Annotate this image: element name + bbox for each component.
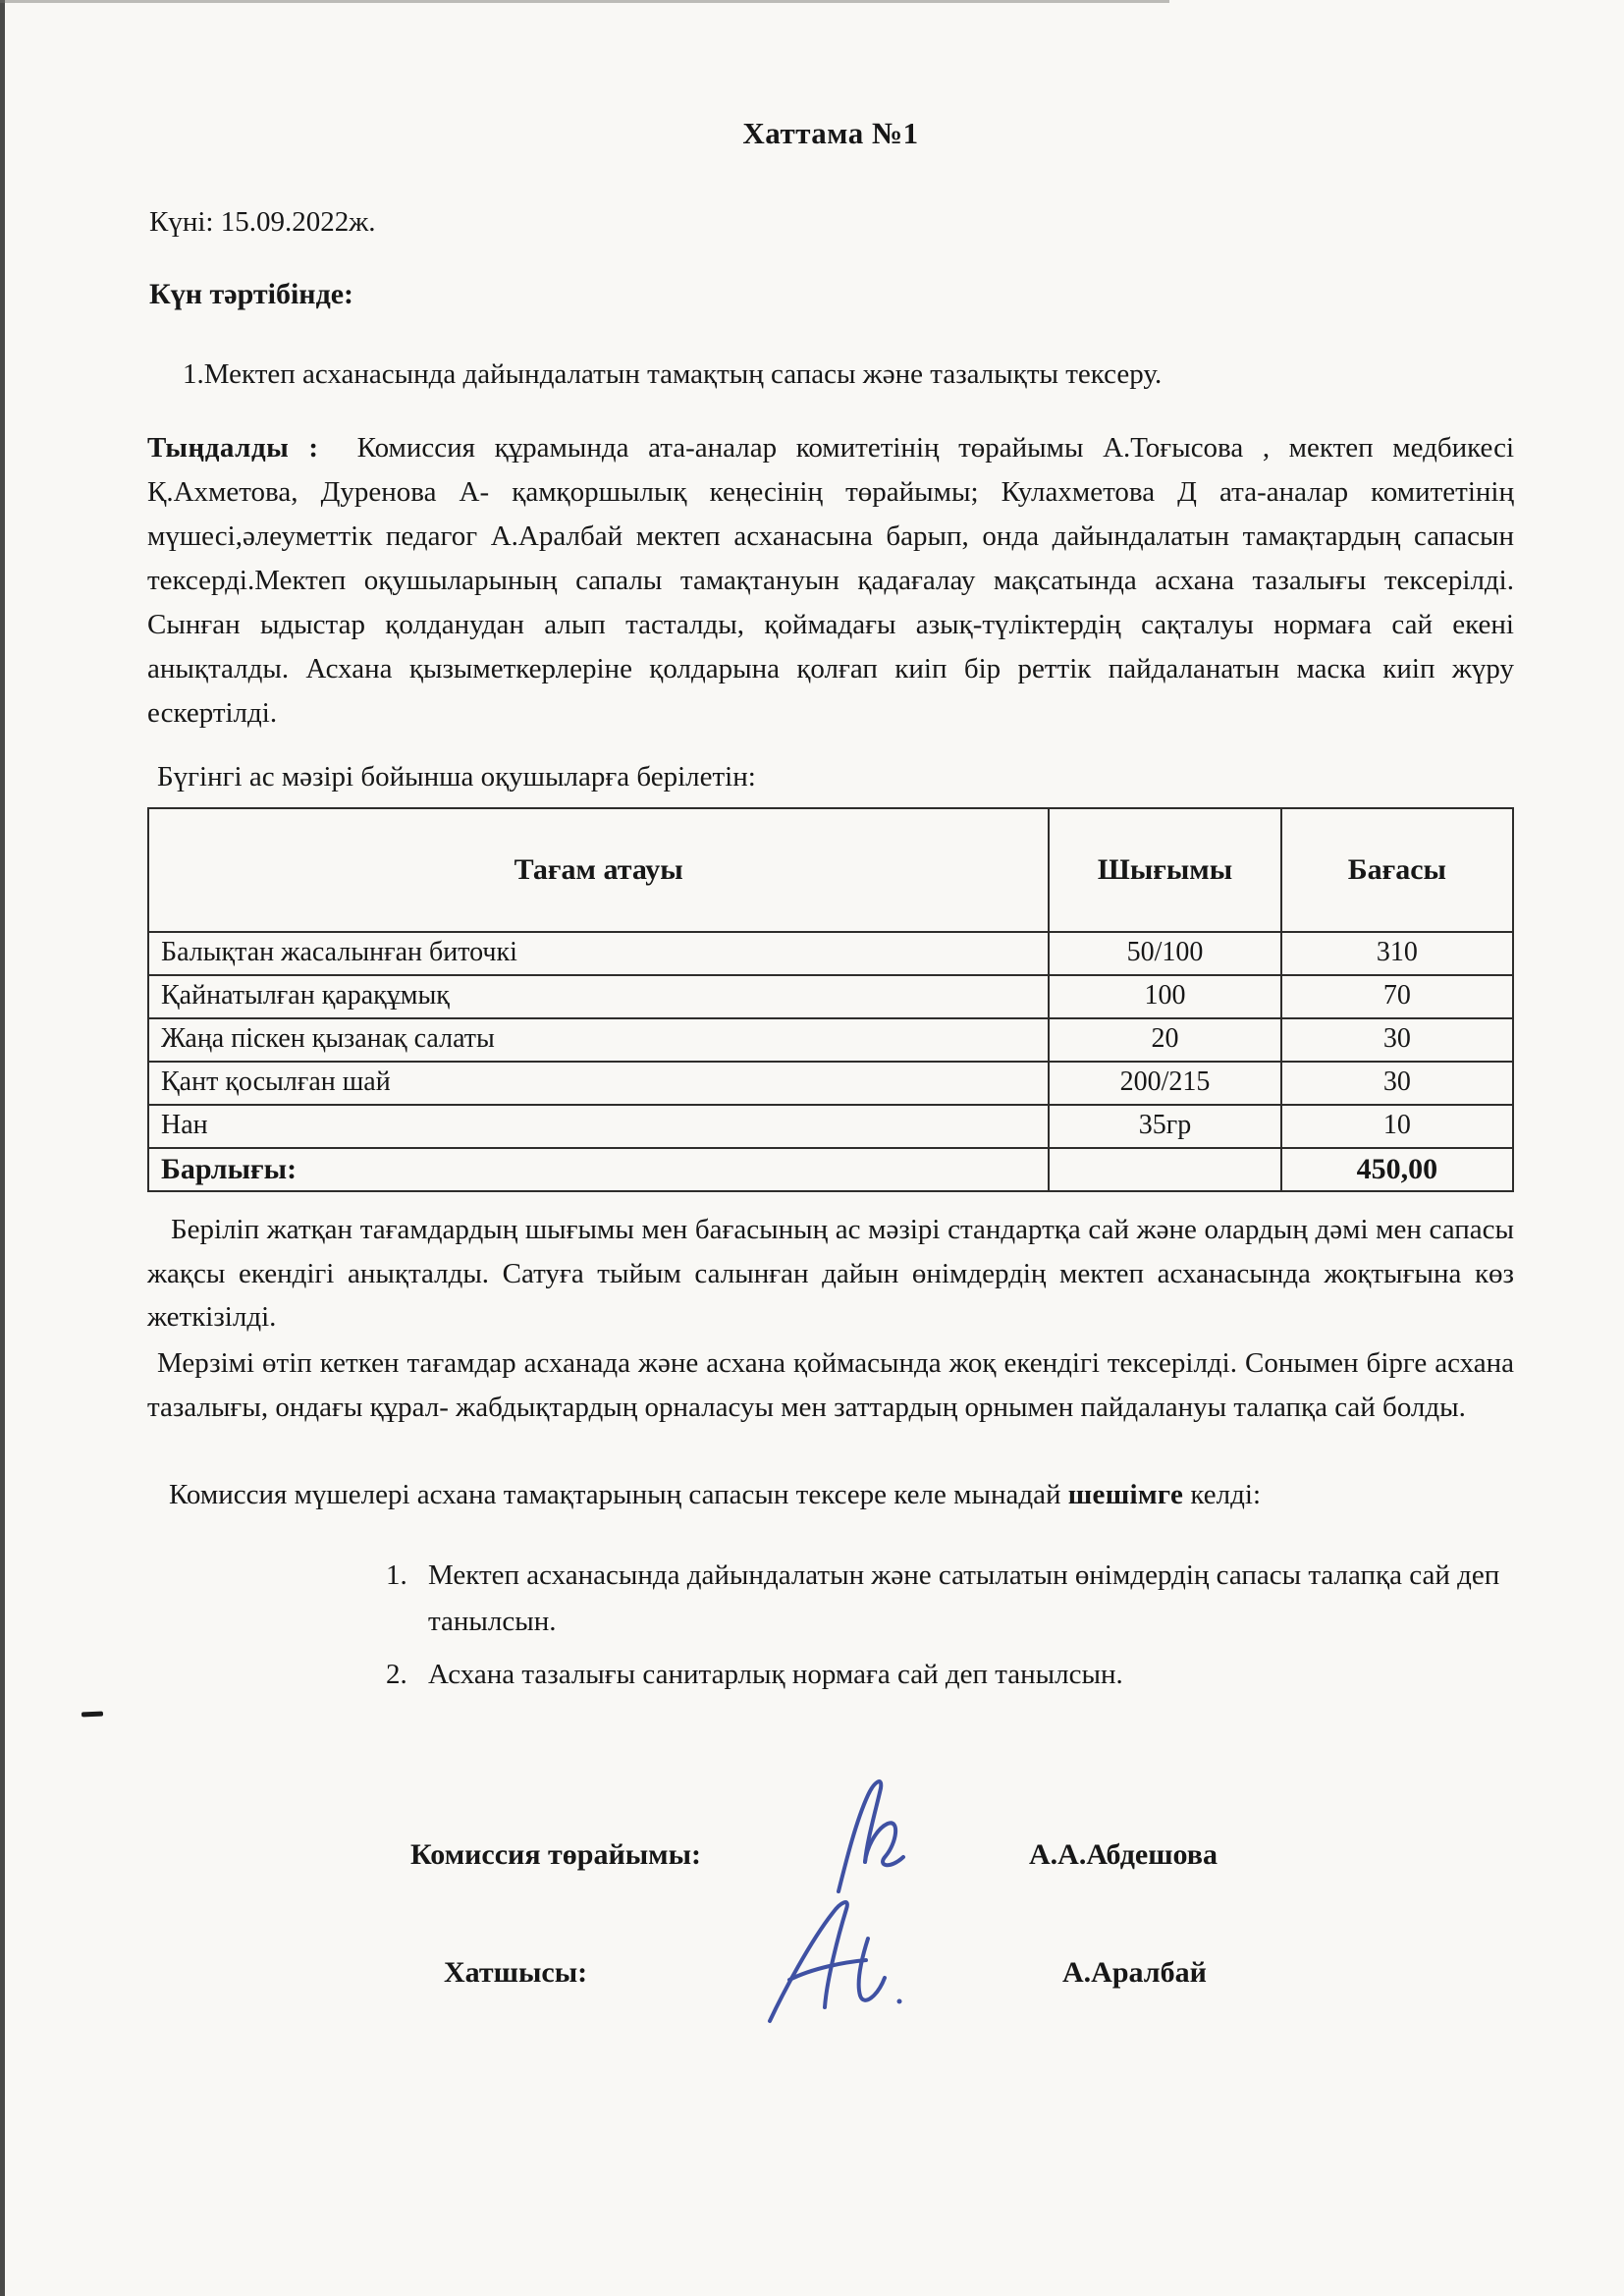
dish-name-cell: Қайнатылған қарақұмық bbox=[148, 975, 1049, 1018]
decision-word: шешімге bbox=[1068, 1479, 1183, 1510]
dish-name-cell: Балықтан жасалынған биточкі bbox=[148, 932, 1049, 975]
header-price: Бағасы bbox=[1281, 808, 1513, 932]
price-cell: 70 bbox=[1281, 975, 1513, 1018]
document-page: Хаттама №1 Күні: 15.09.2022ж. Күн тәртіб… bbox=[0, 0, 1624, 2296]
findings-paragraph-2: Мерзімі өтіп кеткен тағамдар асханада жә… bbox=[147, 1341, 1514, 1430]
document-title: Хаттама №1 bbox=[147, 116, 1514, 151]
findings-paragraph-1: Беріліп жатқан тағамдардың шығымы мен ба… bbox=[147, 1208, 1514, 1340]
table-row: Балықтан жасалынған биточкі 50/100 310 bbox=[148, 932, 1513, 975]
chairman-signature-icon bbox=[805, 1766, 933, 1913]
decision-intro-before: Комиссия мүшелері асхана тамақтарының са… bbox=[169, 1479, 1061, 1510]
output-cell: 200/215 bbox=[1049, 1062, 1280, 1105]
table-row: Қайнатылған қарақұмық 100 70 bbox=[148, 975, 1513, 1018]
price-cell: 310 bbox=[1281, 932, 1513, 975]
total-label-cell: Барлығы: bbox=[148, 1148, 1049, 1191]
stray-pen-mark bbox=[81, 1712, 103, 1718]
chairman-name: А.А.Абдешова bbox=[1029, 1838, 1218, 1872]
total-value-cell: 450,00 bbox=[1281, 1148, 1513, 1191]
dish-name-cell: Нан bbox=[148, 1105, 1049, 1148]
menu-intro: Бүгінгі ас мәзірі бойынша оқушыларға бер… bbox=[147, 761, 1514, 793]
dish-name-cell: Жаңа піскен қызанақ салаты bbox=[148, 1018, 1049, 1062]
decision-intro: Комиссия мүшелері асхана тамақтарының са… bbox=[147, 1473, 1514, 1517]
decision-item-text: Мектеп асханасында дайындалатын және сат… bbox=[428, 1559, 1499, 1636]
list-item: Мектеп асханасында дайындалатын және сат… bbox=[414, 1553, 1514, 1644]
chairman-role-label: Комиссия төрайымы: bbox=[410, 1838, 701, 1872]
output-cell: 50/100 bbox=[1049, 932, 1280, 975]
scan-edge-left bbox=[0, 0, 5, 2296]
output-cell: 35гр bbox=[1049, 1105, 1280, 1148]
total-empty-cell bbox=[1049, 1148, 1280, 1191]
price-cell: 30 bbox=[1281, 1018, 1513, 1062]
decision-intro-after: келді: bbox=[1190, 1479, 1261, 1510]
price-cell: 10 bbox=[1281, 1105, 1513, 1148]
output-cell: 20 bbox=[1049, 1018, 1280, 1062]
dish-name-cell: Қант қосылған шай bbox=[148, 1062, 1049, 1105]
agenda-heading: Күн тәртібінде: bbox=[149, 278, 1514, 311]
document-content: Хаттама №1 Күні: 15.09.2022ж. Күн тәртіб… bbox=[147, 116, 1514, 1705]
heard-label: Тыңдалды : bbox=[147, 432, 319, 464]
header-output: Шығымы bbox=[1049, 808, 1280, 932]
table-total-row: Барлығы: 450,00 bbox=[148, 1148, 1513, 1191]
table-row: Қант қосылған шай 200/215 30 bbox=[148, 1062, 1513, 1105]
header-dish-name: Тағам атауы bbox=[148, 808, 1049, 932]
secretary-signature-icon bbox=[746, 1874, 923, 2050]
decision-list: Мектеп асханасында дайындалатын және сат… bbox=[147, 1553, 1514, 1697]
decision-item-text: Асхана тазалығы санитарлық нормаға сай д… bbox=[428, 1659, 1123, 1690]
menu-table-header-row: Тағам атауы Шығымы Бағасы bbox=[148, 808, 1513, 932]
agenda-item: 1.Мектеп асханасында дайындалатын тамақт… bbox=[147, 358, 1514, 391]
heard-paragraph: Тыңдалды : Комиссия құрамында ата-аналар… bbox=[147, 426, 1514, 736]
table-row: Нан 35гр 10 bbox=[148, 1105, 1513, 1148]
secretary-role-label: Хатшысы: bbox=[444, 1956, 587, 1990]
secretary-name: А.Аралбай bbox=[1062, 1956, 1207, 1990]
price-cell: 30 bbox=[1281, 1062, 1513, 1105]
heard-text: Комиссия құрамында ата-аналар комитетіні… bbox=[147, 432, 1514, 729]
menu-table: Тағам атауы Шығымы Бағасы Балықтан жасал… bbox=[147, 807, 1514, 1192]
table-row: Жаңа піскен қызанақ салаты 20 30 bbox=[148, 1018, 1513, 1062]
scan-edge-top bbox=[0, 0, 1169, 3]
output-cell: 100 bbox=[1049, 975, 1280, 1018]
date-line: Күні: 15.09.2022ж. bbox=[149, 206, 1514, 239]
list-item: Асхана тазалығы санитарлық нормаға сай д… bbox=[414, 1652, 1514, 1697]
